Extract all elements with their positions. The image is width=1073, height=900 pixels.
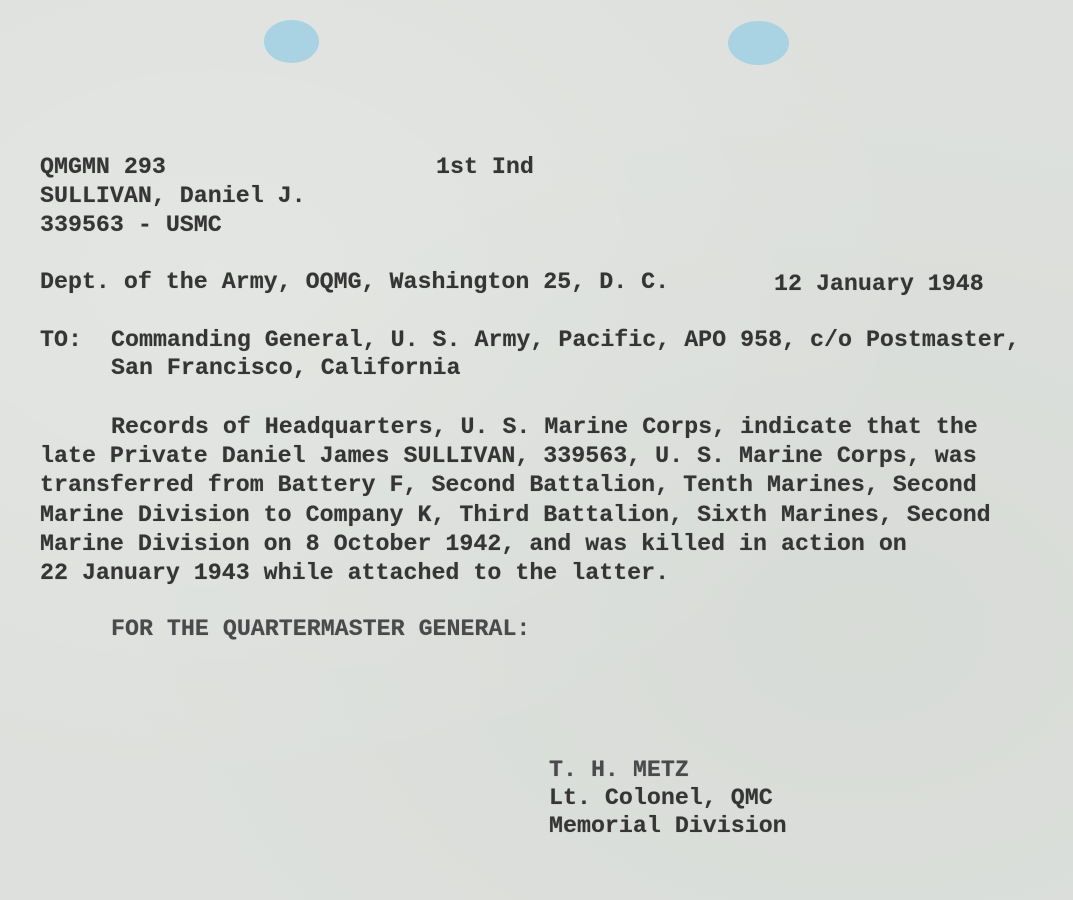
body-line: 22 January 1943 while attached to the la…	[40, 559, 669, 588]
body-line: late Private Daniel James SULLIVAN, 3395…	[40, 442, 977, 471]
file-reference: QMGMN 293	[40, 153, 166, 182]
subject-name: SULLIVAN, Daniel J.	[40, 182, 306, 211]
punch-hole-right	[728, 21, 789, 65]
body-line: Marine Division to Company K, Third Batt…	[40, 501, 991, 530]
origin-office: Dept. of the Army, OQMG, Washington 25, …	[40, 268, 669, 297]
body-line: transferred from Battery F, Second Batta…	[40, 471, 977, 500]
addressee-label: TO:	[40, 326, 82, 355]
signature-division: Memorial Division	[549, 812, 787, 841]
punch-hole-left	[264, 20, 319, 63]
addressee-line-1: Commanding General, U. S. Army, Pacific,…	[111, 326, 1020, 355]
addressee-line-2: San Francisco, California	[111, 354, 461, 383]
signature-rank: Lt. Colonel, QMC	[549, 784, 773, 813]
body-line: Records of Headquarters, U. S. Marine Co…	[111, 413, 978, 442]
indorsement-label: 1st Ind	[436, 153, 534, 182]
closing-for-line: FOR THE QUARTERMASTER GENERAL:	[111, 615, 530, 644]
service-number: 339563 - USMC	[40, 211, 222, 240]
document-date: 12 January 1948	[774, 270, 984, 299]
body-line: Marine Division on 8 October 1942, and w…	[40, 530, 907, 559]
signature-name: T. H. METZ	[549, 756, 689, 785]
